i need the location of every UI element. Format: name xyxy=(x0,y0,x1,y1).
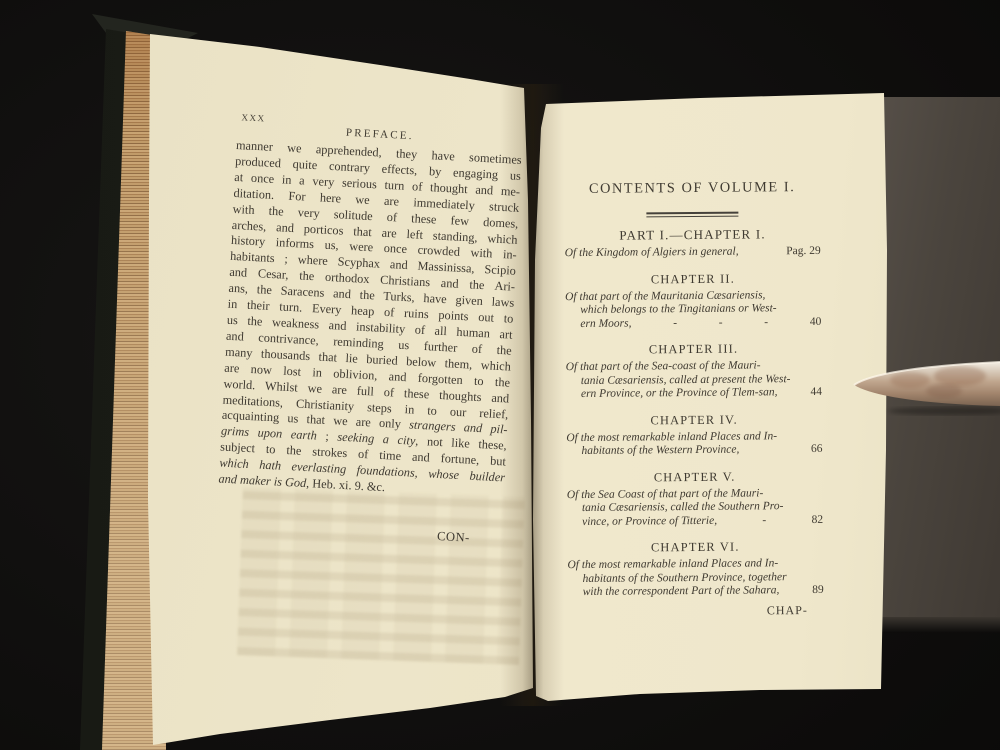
text-segment: ; xyxy=(316,429,337,444)
chapter-line-text: with the correspondent Part of the Sahar… xyxy=(583,584,780,599)
folio-number: xxx xyxy=(241,108,266,125)
chapter-line: tania Cæsariensis, called at present the… xyxy=(566,373,822,389)
contents-list: PART I.—CHAPTER I.Of the Kingdom of Algi… xyxy=(565,226,824,600)
catchword: CHAP- xyxy=(568,603,824,620)
page-number: 44 xyxy=(810,386,822,400)
text-segment: seeking a city xyxy=(337,430,416,448)
book-photo-scene: xxx PREFACE. manner we apprehended, they… xyxy=(0,0,1000,750)
filler-dash: - xyxy=(762,514,766,528)
page-number: Pag. 29 xyxy=(786,245,821,259)
chapter-heading: CHAPTER II. xyxy=(565,271,821,288)
page-number: 40 xyxy=(810,316,822,330)
contents-title: CONTENTS OF VOLUME I. xyxy=(564,179,820,198)
chapter-heading: CHAPTER IV. xyxy=(566,412,822,429)
chapter-line-text: ern Province, or the Province of Tlem-sa… xyxy=(581,386,778,401)
chapter-line-text: ern Moors, xyxy=(580,317,631,331)
preface-body: manner we apprehended, they have sometim… xyxy=(218,138,522,502)
filler-dash: - xyxy=(673,317,677,331)
chapter-heading: CHAPTER VI. xyxy=(567,539,823,556)
chapter-last-line: vince, or Province of Titterie,-82 xyxy=(567,514,823,530)
page-number: 82 xyxy=(812,514,824,528)
page-number: 89 xyxy=(812,584,824,598)
filler-dash: - xyxy=(764,316,768,330)
chapter-line-text: habitants of the Western Province, xyxy=(581,444,739,459)
preface-page-text: xxx PREFACE. manner we apprehended, they… xyxy=(216,108,524,547)
chapter-line: habitants of the Southern Province, toge… xyxy=(568,571,824,587)
chapter-heading: PART I.—CHAPTER I. xyxy=(565,226,821,244)
double-rule xyxy=(646,212,738,218)
chapter-heading: CHAPTER V. xyxy=(567,469,823,486)
chapter-line-text: vince, or Province of Titterie, xyxy=(582,514,717,529)
chapter-last-line: with the correspondent Part of the Sahar… xyxy=(568,584,824,600)
knife-shadow xyxy=(888,407,1000,415)
chapter-last-line: ern Moors,---40 xyxy=(565,316,821,332)
chapter-last-line: habitants of the Western Province,66 xyxy=(566,443,822,459)
page-number: 66 xyxy=(811,443,823,457)
chapter-line-text: Of the Kingdom of Algiers in general, xyxy=(565,246,739,261)
chapter-last-line: ern Province, or the Province of Tlem-sa… xyxy=(566,386,822,402)
filler-dash: - xyxy=(719,316,723,330)
text-segment: , Heb. xi. 9. &c. xyxy=(306,476,386,494)
contents-page-text: CONTENTS OF VOLUME I. PART I.—CHAPTER I.… xyxy=(564,179,824,620)
chapter-last-line: Of the Kingdom of Algiers in general,Pag… xyxy=(565,245,821,261)
chapter-heading: CHAPTER III. xyxy=(566,341,822,358)
catchword: CON- xyxy=(216,517,502,547)
paper-knife xyxy=(848,356,1000,416)
running-head: PREFACE. xyxy=(346,127,414,143)
